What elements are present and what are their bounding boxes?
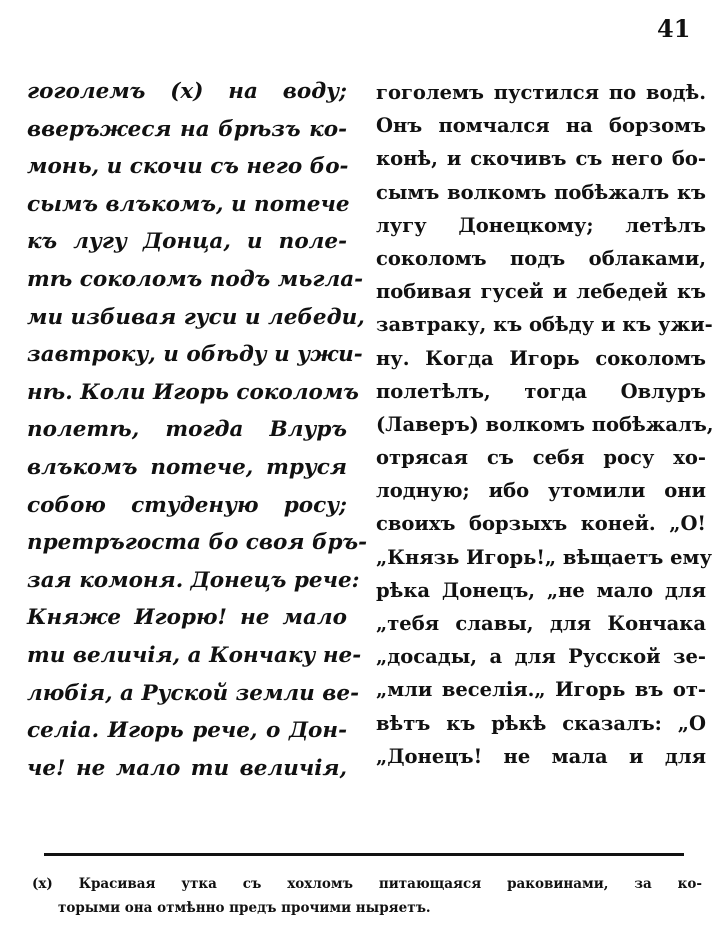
text-line: къ лугу Донца, и поле-	[27, 223, 347, 261]
right-column-modern-translation: гоголемъ пустился по водѣ. Онъ помчался …	[376, 76, 706, 773]
footnote-line: (x) Красивая утка съ хохломъ питающаяся …	[32, 872, 702, 896]
text-line: гоголемъ (x) на воду;	[27, 73, 347, 111]
text-line: лодную; ибо утомили они	[376, 474, 706, 507]
page-number: 41	[657, 14, 690, 43]
text-line: соколомъ подъ облаками,	[376, 242, 706, 275]
text-line: Княже Игорю! не мало	[27, 599, 347, 637]
text-line: (Лаверъ) волкомъ побѣжалъ,	[376, 408, 706, 441]
text-line: завтроку, и обѣду и ужи-	[27, 336, 347, 374]
text-line: селіа. Игорь рече, о Дон-	[27, 712, 347, 750]
text-line: „Донецъ! не мала и для	[376, 740, 706, 773]
footnote: (x) Красивая утка съ хохломъ питающаяся …	[32, 872, 702, 920]
text-line: зая комоня. Донецъ рече:	[27, 562, 347, 600]
text-line: собою студеную росу;	[27, 487, 347, 525]
text-line: полетѣлъ, тогда Овлуръ	[376, 375, 706, 408]
left-column-old-russian-text: гоголемъ (x) на воду; вверъжеся на брѣзъ…	[27, 73, 347, 787]
text-line: гоголемъ пустился по водѣ.	[376, 76, 706, 109]
text-line: ну. Когда Игорь соколомъ	[376, 342, 706, 375]
text-line: монь, и скочи съ него бо-	[27, 148, 347, 186]
text-line: „Князь Игорь!„ вѣщаетъ ему	[376, 541, 706, 574]
footnote-divider	[44, 853, 684, 856]
text-line: вверъжеся на брѣзъ ко-	[27, 111, 347, 149]
text-line: че! не мало ти величія,	[27, 750, 347, 788]
text-line: „мли веселія.„ Игорь въ от-	[376, 673, 706, 706]
text-line: завтраку, къ обѣду и къ ужи-	[376, 308, 706, 341]
text-line: побивая гусей и лебедей къ	[376, 275, 706, 308]
text-line: отрясая съ себя росу хо-	[376, 441, 706, 474]
text-line: „тебя славы, для Кончака	[376, 607, 706, 640]
text-line: лугу Донецкому; летѣлъ	[376, 209, 706, 242]
footnote-line: торыми она отмѣнно предъ прочими ныряетъ…	[32, 896, 702, 920]
text-line: ми избивая гуси и лебеди,	[27, 299, 347, 337]
text-line: нѣ. Коли Игорь соколомъ	[27, 374, 347, 412]
text-line: сымъ влъкомъ, и потече	[27, 186, 347, 224]
text-line: сымъ волкомъ побѣжалъ къ	[376, 176, 706, 209]
text-line: тѣ соколомъ подъ мьгла-	[27, 261, 347, 299]
text-line: своихъ борзыхъ коней. „О!	[376, 507, 706, 540]
text-line: Онъ помчался на борзомъ	[376, 109, 706, 142]
text-line: влъкомъ потече, труся	[27, 449, 347, 487]
text-line: ти величія, а Кончаку не-	[27, 637, 347, 675]
text-line: полетѣ, тогда Влуръ	[27, 411, 347, 449]
text-line: претръгоста бо своя бръ-	[27, 524, 347, 562]
text-line: „досады, а для Русской зе-	[376, 640, 706, 673]
text-line: любія, а Руской земли ве-	[27, 675, 347, 713]
text-line: рѣка Донецъ, „не мало для	[376, 574, 706, 607]
text-line: конѣ, и скочивъ съ него бо-	[376, 142, 706, 175]
text-line: вѣтъ къ рѣкѣ сказалъ: „О	[376, 707, 706, 740]
